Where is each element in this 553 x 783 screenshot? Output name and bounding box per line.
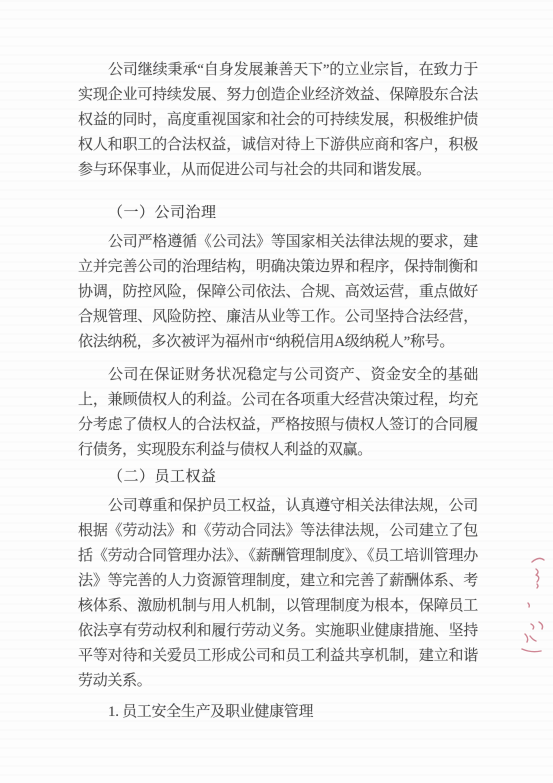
paragraph-creditor-interests: 公司在保证财务状况稳定与公司资产、资金安全的基础上，兼顾债权人的利益。公司在各项… [78,363,478,463]
red-pen-annotation-icon [515,550,553,662]
document-text-block: 公司继续秉承“自身发展兼善天下”的立业宗旨，在致力于实现企业可持续发展、努力创造… [78,58,478,725]
paragraph-employee-rights-systems: 公司尊重和保护员工权益，认真遵守相关法律法规，公司根据《劳动法》和《劳动合同法》… [78,494,478,694]
subheading-employee-safety-health: 1. 员工安全生产及职业健康管理 [78,700,478,725]
paragraph-corporate-mission: 公司继续秉承“自身发展兼善天下”的立业宗旨，在致力于实现企业可持续发展、努力创造… [78,58,478,183]
document-page: 公司继续秉承“自身发展兼善天下”的立业宗旨，在致力于实现企业可持续发展、努力创造… [0,0,553,783]
paragraph-governance-compliance: 公司严格遵循《公司法》等国家相关法律法规的要求，建立并完善公司的治理结构，明确决… [78,230,478,355]
section-heading-corporate-governance: （一）公司治理 [78,201,478,226]
section-heading-employee-rights: （二）员工权益 [78,465,478,490]
